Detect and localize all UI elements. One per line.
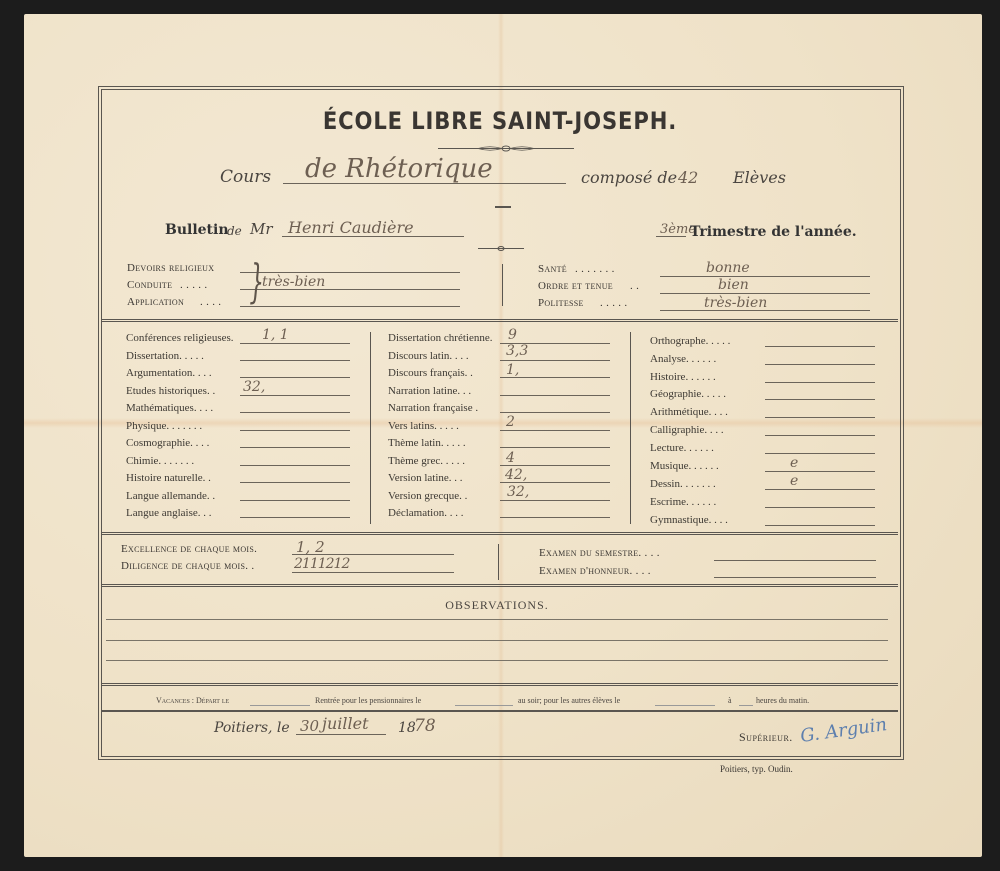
ornament-divider-top	[438, 145, 574, 152]
rentree-label: Rentrée pour les pensionnaires le	[315, 696, 421, 705]
cours-label: Cours	[220, 167, 271, 187]
examen-semestre-label: Examen du semestre. . . .	[539, 547, 660, 559]
diligence-label: Diligence de chaque mois. .	[121, 560, 254, 572]
ordre-tenue-label: Ordre et tenue	[538, 280, 613, 292]
subject-label: Chimie. . . . . . .	[126, 455, 194, 467]
subject-label: Mathématiques. . . .	[126, 402, 213, 414]
sante-value[interactable]: bonne	[706, 260, 750, 276]
subject-line	[240, 412, 350, 413]
subject-label: Déclamation. . . .	[388, 507, 463, 519]
subject-grade[interactable]: e	[790, 473, 798, 489]
subject-grade[interactable]: 1,	[506, 362, 519, 378]
application-line	[240, 306, 460, 307]
application-dots: . . . .	[200, 296, 221, 308]
ornament-divider-small	[478, 245, 524, 252]
subject-line	[240, 343, 350, 344]
subject-label: Physique. . . . . . .	[126, 420, 202, 432]
subject-line	[240, 360, 350, 361]
short-dash	[495, 206, 511, 208]
subject-grade[interactable]: 9	[508, 327, 517, 343]
student-name[interactable]: Henri Caudière	[288, 218, 414, 237]
subject-label: Calligraphie. . . .	[650, 424, 724, 436]
subject-label: Orthographe. . . . .	[650, 335, 730, 347]
subject-line	[765, 525, 875, 526]
subject-line	[240, 482, 350, 483]
observations-line-3[interactable]	[106, 660, 888, 661]
ordre-dots: . .	[630, 280, 639, 292]
vacances-depart-line[interactable]	[250, 705, 310, 706]
subject-label: Histoire. . . . . .	[650, 371, 716, 383]
sante-label: Santé	[538, 263, 567, 275]
subject-line	[765, 453, 875, 454]
subject-grade[interactable]: 3,3	[506, 343, 528, 359]
subject-line	[500, 395, 610, 396]
subject-line	[240, 377, 350, 378]
subject-line	[240, 500, 350, 501]
subject-label: Dessin. . . . . . .	[650, 478, 716, 490]
compose-label: composé de	[581, 168, 677, 187]
politesse-label: Politesse	[538, 297, 584, 309]
printer-credit: Poitiers, typ. Oudin.	[720, 764, 793, 774]
sante-line	[660, 276, 870, 277]
subject-grade[interactable]: 1, 1	[262, 327, 289, 343]
date-day[interactable]: 30	[300, 717, 319, 735]
subject-line	[240, 430, 350, 431]
mr-label: Mr	[250, 220, 273, 238]
superieur-label: Supérieur.	[739, 730, 793, 745]
subject-label: Vers latins. . . . .	[388, 420, 459, 432]
subject-line	[765, 399, 875, 400]
subject-label: Géographie. . . . .	[650, 388, 726, 400]
subject-line	[500, 430, 610, 431]
application-label: Application	[127, 296, 184, 308]
subject-line	[500, 447, 610, 448]
section-rule-monthly	[102, 532, 898, 535]
double-border-frame	[98, 86, 904, 760]
subject-line	[240, 447, 350, 448]
conduite-label: Conduite	[127, 279, 172, 291]
examen-honneur-label: Examen d'honneur. . . .	[539, 565, 651, 577]
subject-label: Narration latine. . .	[388, 385, 471, 397]
subject-label: Cosmographie. . . .	[126, 437, 209, 449]
observations-line-1[interactable]	[106, 619, 888, 620]
subject-label: Thème grec. . . . .	[388, 455, 465, 467]
conduct-divider	[502, 264, 503, 306]
school-name: ÉCOLE LIBRE SAINT-JOSEPH.	[60, 107, 940, 135]
subject-line	[765, 507, 875, 508]
subject-label: Histoire naturelle. .	[126, 472, 211, 484]
subject-label: Escrime. . . . . .	[650, 496, 716, 508]
trimestre-label: Trimestre de l'année.	[690, 224, 857, 240]
subject-grade[interactable]: 42,	[505, 467, 527, 483]
section-rule-vacances	[102, 683, 898, 686]
devoirs-line	[240, 272, 460, 273]
subject-grade[interactable]: e	[790, 455, 798, 471]
conduite-dots: . . . . .	[180, 279, 207, 291]
excellence-label: Excellence de chaque mois.	[121, 543, 257, 555]
subject-label: Narration française .	[388, 402, 478, 414]
subject-label: Thème latin. . . . .	[388, 437, 466, 449]
sante-dots: . . . . . . .	[575, 263, 615, 275]
subject-label: Lecture. . . . . .	[650, 442, 714, 454]
examen-honneur-line	[714, 577, 876, 578]
examen-semestre-line	[714, 560, 876, 561]
year-suffix[interactable]: 78	[414, 716, 436, 736]
eleves-label: Elèves	[733, 168, 786, 187]
section-rule-observations	[102, 584, 898, 587]
subject-line	[765, 489, 875, 490]
de-label: de	[227, 224, 242, 238]
subject-line	[500, 360, 610, 361]
vacances-label: Vacances : Départ le	[156, 696, 229, 705]
ordre-line	[660, 293, 870, 294]
subject-line	[240, 395, 350, 396]
date-month[interactable]: juillet	[322, 714, 369, 733]
subject-line	[500, 412, 610, 413]
politesse-value[interactable]: très-bien	[704, 295, 767, 311]
subject-grade[interactable]: 32,	[243, 379, 265, 395]
diligence-line	[292, 572, 454, 573]
subject-line	[240, 517, 350, 518]
subject-label: Dissertation chrétienne.	[388, 332, 492, 344]
cours-value[interactable]: de Rhétorique	[305, 154, 493, 184]
subject-line	[765, 435, 875, 436]
subject-label: Argumentation. . . .	[126, 367, 212, 379]
a-label: à	[728, 696, 732, 705]
subject-label: Discours latin. . . .	[388, 350, 469, 362]
place-label: Poitiers, le	[214, 720, 290, 736]
heures-label: heures du matin.	[756, 696, 809, 705]
subject-label: Langue allemande. .	[126, 490, 215, 502]
eleves-count[interactable]: 42	[678, 168, 698, 187]
bulletin-label: Bulletin	[165, 222, 229, 238]
conduct-bracket-value[interactable]: très-bien	[262, 274, 325, 290]
subject-line	[500, 465, 610, 466]
observations-title: OBSERVATIONS.	[0, 598, 994, 613]
monthly-divider	[498, 544, 499, 580]
subject-label: Conférences religieuses.	[126, 332, 234, 344]
subject-label: Discours français. .	[388, 367, 473, 379]
au-soir-label: au soir; pour les autres élèves le	[518, 696, 620, 705]
observations-line-2[interactable]	[106, 640, 888, 641]
devoirs-religieux-label: Devoirs religieux	[127, 262, 214, 274]
ordre-tenue-value[interactable]: bien	[718, 277, 749, 293]
subject-grade[interactable]: 4	[506, 450, 515, 466]
heure-line[interactable]	[739, 705, 753, 706]
section-rule-footer	[102, 710, 898, 712]
subject-line	[765, 382, 875, 383]
subject-label: Etudes historiques. .	[126, 385, 215, 397]
excellence-value[interactable]: 1, 2	[296, 538, 325, 556]
politesse-dots: . . . . .	[600, 297, 627, 309]
subject-label: Gymnastique. . . .	[650, 514, 728, 526]
subjects-divider-2	[630, 332, 631, 524]
subject-label: Langue anglaise. . .	[126, 507, 212, 519]
subject-line	[765, 417, 875, 418]
subject-line	[500, 500, 610, 501]
subject-label: Analyse. . . . . .	[650, 353, 716, 365]
subject-line	[765, 364, 875, 365]
subject-line	[765, 471, 875, 472]
diligence-value[interactable]: 2111212	[294, 556, 349, 572]
subject-grade[interactable]: 32,	[507, 484, 529, 500]
subject-label: Musique. . . . . .	[650, 460, 719, 472]
subject-line	[500, 517, 610, 518]
section-rule-subjects	[102, 319, 898, 322]
subjects-divider-1	[370, 332, 371, 524]
subject-label: Version latine. . .	[388, 472, 463, 484]
rentree-line[interactable]	[455, 705, 513, 706]
subject-label: Version grecque. .	[388, 490, 467, 502]
autres-eleves-line[interactable]	[655, 705, 715, 706]
subject-label: Dissertation. . . . .	[126, 350, 204, 362]
subject-grade[interactable]: 2	[506, 414, 515, 430]
subject-label: Arithmétique. . . .	[650, 406, 728, 418]
subject-line	[240, 465, 350, 466]
subject-line	[765, 346, 875, 347]
